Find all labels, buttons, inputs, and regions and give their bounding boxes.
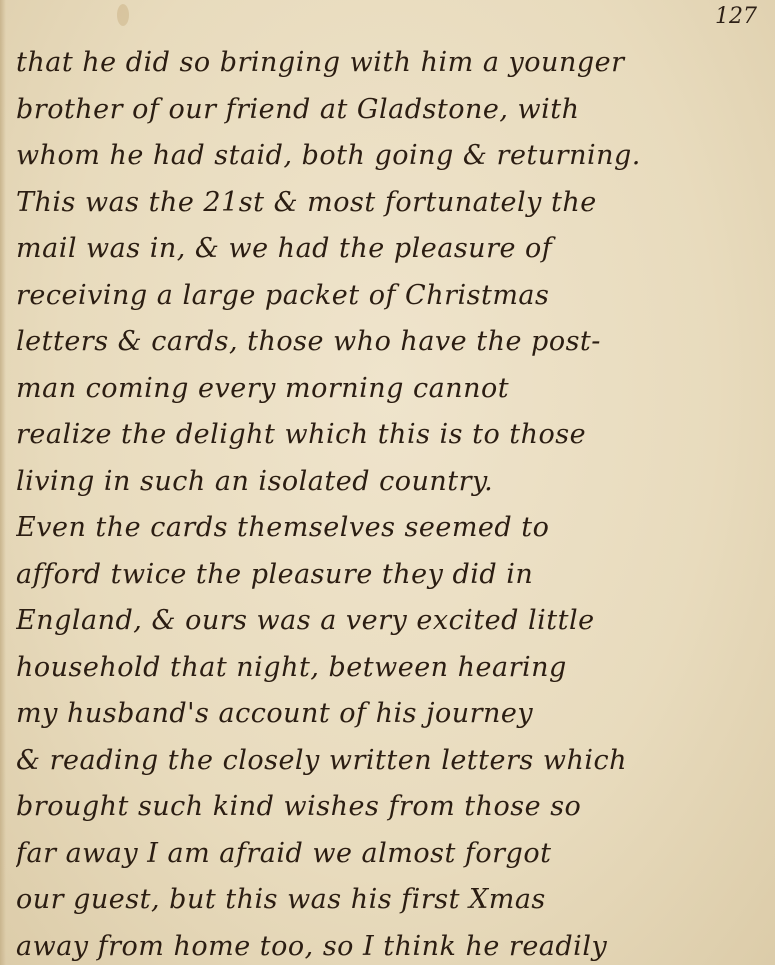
text-line: far away I am afraid we almost forgot [16, 831, 771, 878]
manuscript-page: 127 that he did so bringing with him a y… [0, 0, 775, 965]
text-line: living in such an isolated country. [16, 459, 771, 506]
text-line: afford twice the pleasure they did in [16, 552, 771, 599]
text-line: my husband's account of his journey [16, 691, 771, 738]
text-line: mail was in, & we had the pleasure of [16, 226, 771, 273]
text-line: whom he had staid, both going & returnin… [16, 133, 771, 180]
text-line: This was the 21st & most fortunately the [16, 180, 771, 227]
text-line: man coming every morning cannot [16, 366, 771, 413]
page-number: 127 [715, 4, 757, 29]
text-line: that he did so bringing with him a young… [16, 40, 771, 87]
text-line: England, & ours was a very excited littl… [16, 598, 771, 645]
text-line: brother of our friend at Gladstone, with [16, 87, 771, 134]
text-line: Even the cards themselves seemed to [16, 505, 771, 552]
text-line: household that night, between hearing [16, 645, 771, 692]
text-line: letters & cards, those who have the post… [16, 319, 771, 366]
handwritten-text: that he did so bringing with him a young… [16, 40, 771, 965]
text-line: our guest, but this was his first Xmas [16, 877, 771, 924]
text-line: realize the delight which this is to tho… [16, 412, 771, 459]
page-binding-edge [0, 0, 6, 965]
text-line: brought such kind wishes from those so [16, 784, 771, 831]
text-line: & reading the closely written letters wh… [16, 738, 771, 785]
text-line: away from home too, so I think he readil… [16, 924, 771, 965]
paper-stain [117, 4, 129, 26]
text-line: receiving a large packet of Christmas [16, 273, 771, 320]
